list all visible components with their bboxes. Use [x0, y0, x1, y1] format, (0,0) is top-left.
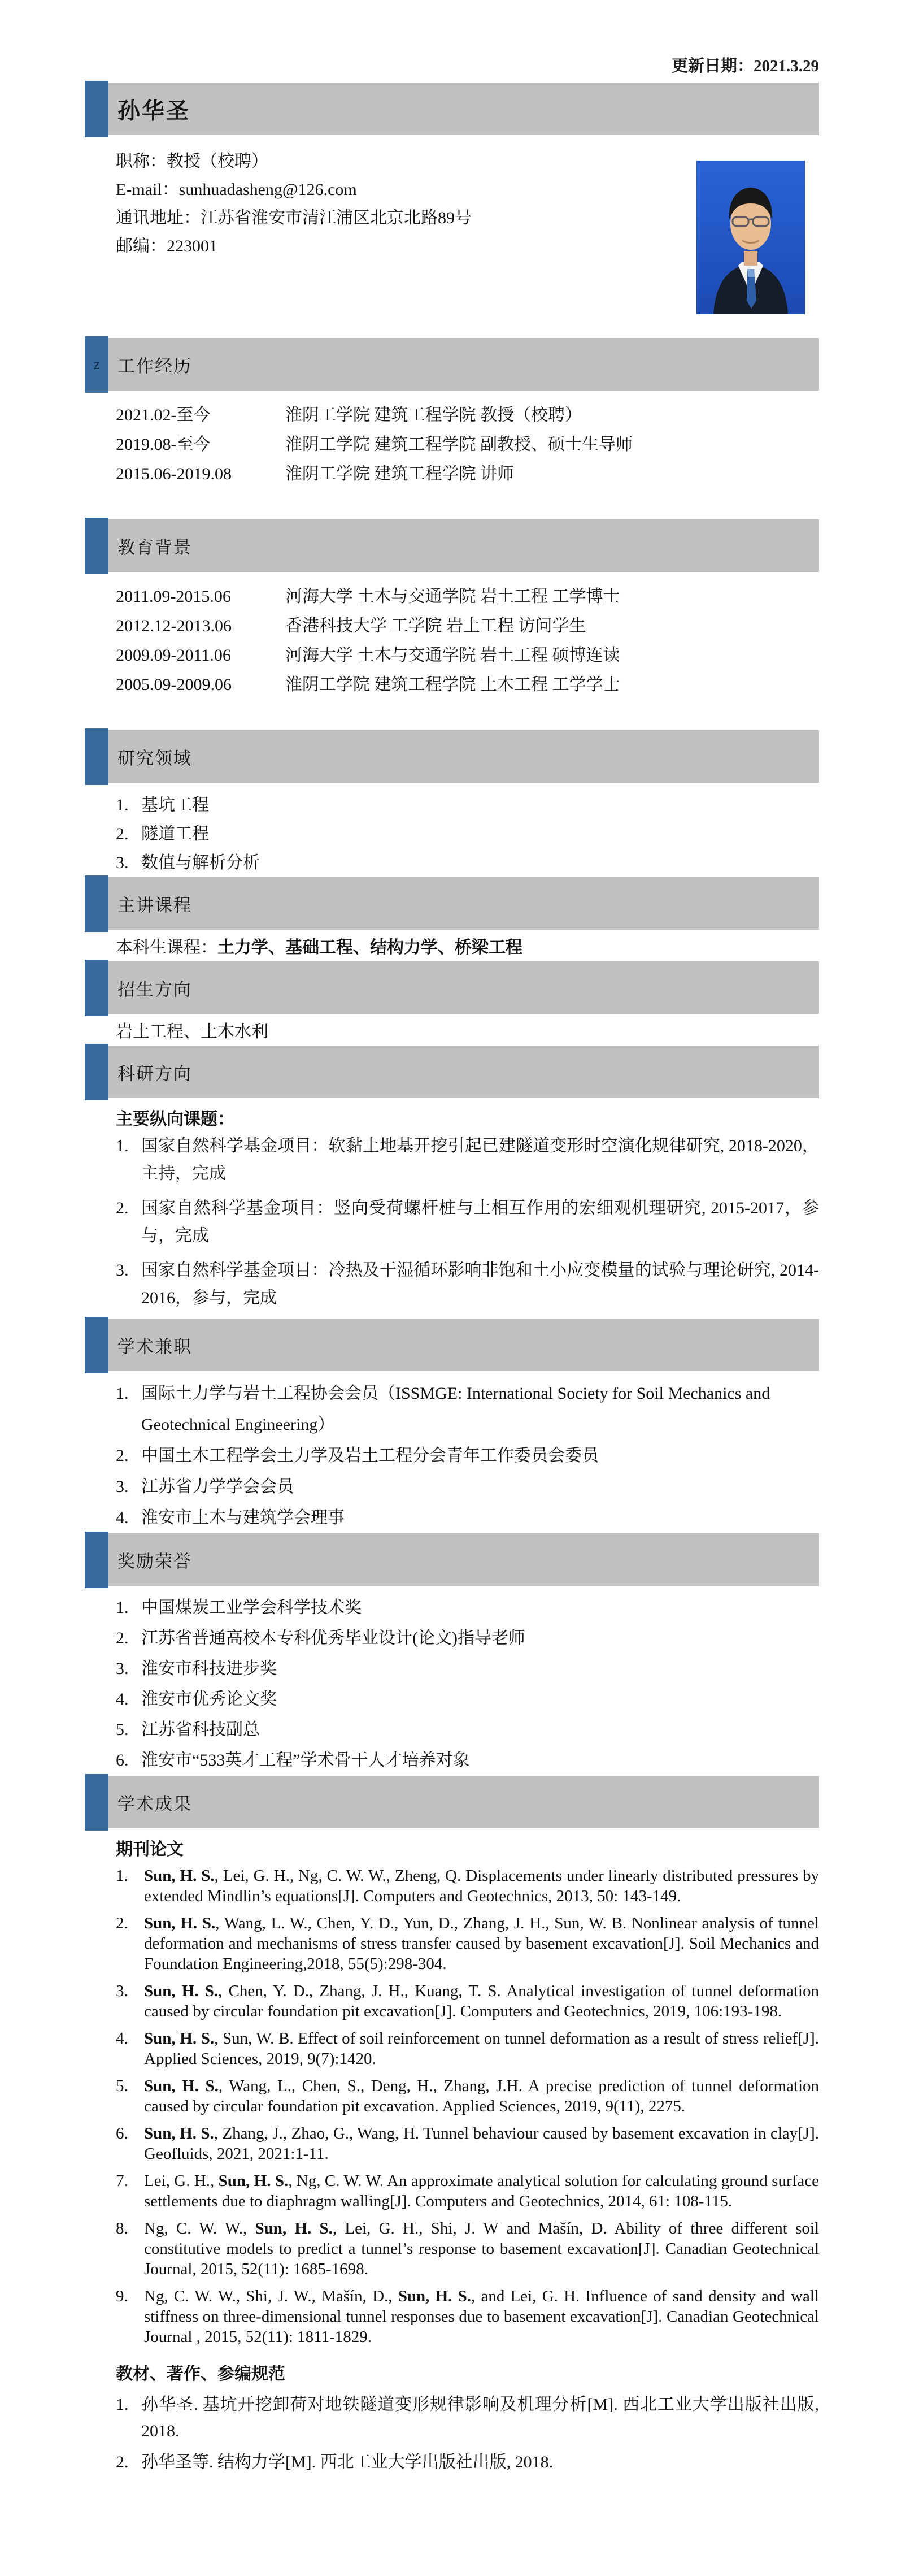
update-date-value: 2021.3.29 [754, 57, 819, 75]
book-text: 孙华圣等. 结构力学[M]. 西北工业大学出版社出版, 2018. [141, 2449, 819, 2475]
item-number: 2. [116, 819, 141, 848]
work-accent-block: z [85, 336, 108, 393]
work-description: 淮阴工学院 建筑工程学院 副教授、硕士生导师 [285, 430, 819, 459]
pub-rest: , Wang, L. W., Chen, Y. D., Yun, D., Zha… [144, 1914, 819, 1973]
item-text: 江苏省力学学会会员 [141, 1471, 819, 1502]
awards-list: 1. 中国煤炭工业学会科学技术奖 2. 江苏省普通高校本专科优秀毕业设计(论文)… [85, 1586, 819, 1776]
item-text: 淮安市优秀论文奖 [141, 1684, 819, 1715]
item-text: 隧道工程 [141, 819, 819, 848]
education-description: 淮阴工学院 建筑工程学院 土木工程 工学学士 [285, 670, 819, 700]
research-areas-section-title: 研究领域 [117, 744, 192, 769]
pub-author-highlight: Sun, H. S. [398, 2287, 471, 2305]
item-text: 国家自然科学基金项目：竖向受荷螺杆桩与土相互作用的宏细观机理研究, 2015-2… [141, 1194, 819, 1250]
item-number: 8. [116, 2218, 144, 2279]
membership-item: 4. 淮安市土木与建筑学会理事 [116, 1502, 819, 1533]
item-text: 中国土木工程学会土力学及岩土工程分会青年工作委员会委员 [141, 1440, 819, 1471]
pub-author-highlight: Sun, H. S. [144, 1867, 215, 1885]
pub-authors-pre: Ng, C. W. W., [144, 2219, 255, 2237]
education-row: 2011.09-2015.06 河海大学 土木与交通学院 岩土工程 工学博士 [116, 582, 819, 612]
item-number: 6. [116, 1745, 141, 1776]
publication-text: Sun, H. S., Zhang, J., Zhao, G., Wang, H… [144, 2123, 819, 2164]
research-projects-accent-block [85, 1044, 108, 1100]
publication-item: 1. Sun, H. S., Lei, G. H., Ng, C. W. W.,… [116, 1866, 819, 1906]
project-item: 1. 国家自然科学基金项目：软黏土地基开挖引起已建隧道变形时空演化规律研究, 2… [116, 1132, 819, 1187]
admissions-accent-block [85, 960, 108, 1016]
item-number: 1. [116, 1378, 141, 1440]
award-item: 4. 淮安市优秀论文奖 [116, 1684, 819, 1715]
projects-heading: 主要纵向课题： [85, 1098, 819, 1132]
education-period: 2012.12-2013.06 [116, 612, 285, 641]
book-item: 2. 孙华圣等. 结构力学[M]. 西北工业大学出版社出版, 2018. [116, 2449, 819, 2475]
section-header-admissions: 招生方向 [85, 961, 819, 1014]
publication-item: 8. Ng, C. W. W., Sun, H. S., Lei, G. H.,… [116, 2218, 819, 2279]
item-number: 2. [116, 1623, 141, 1654]
education-row: 2012.12-2013.06 香港科技大学 工学院 岩土工程 访问学生 [116, 612, 819, 641]
award-item: 5. 江苏省科技副总 [116, 1715, 819, 1745]
award-item: 3. 淮安市科技进步奖 [116, 1654, 819, 1684]
membership-item: 1. 国际土力学与岩土工程协会会员（ISSMGE: International … [116, 1378, 819, 1440]
section-header-education: 教育背景 [85, 519, 819, 572]
publication-item: 7. Lei, G. H., Sun, H. S., Ng, C. W. W. … [116, 2171, 819, 2211]
item-text: 国家自然科学基金项目：冷热及干湿循环影响非饱和土小应变模量的试验与理论研究, 2… [141, 1256, 819, 1312]
item-number: 5. [116, 1715, 141, 1745]
pub-rest: , Lei, G. H., Ng, C. W. W., Zheng, Q. Di… [144, 1867, 819, 1905]
award-item: 6. 淮安市“533英才工程”学术骨干人才培养对象 [116, 1745, 819, 1776]
accent-z-badge: z [93, 356, 100, 373]
section-header-memberships: 学术兼职 [85, 1319, 819, 1371]
pub-author-highlight: Sun, H. S. [219, 2172, 289, 2190]
work-section-title: 工作经历 [117, 352, 192, 377]
book-text: 孙华圣. 基坑开挖卸荷对地铁隧道变形规律影响及机理分析[M]. 西北工业大学出版… [141, 2391, 819, 2444]
item-text: 淮安市科技进步奖 [141, 1654, 819, 1684]
research-area-item: 1. 基坑工程 [116, 791, 819, 819]
pub-author-highlight: Sun, H. S. [255, 2219, 333, 2237]
pub-authors-pre: Lei, G. H., [144, 2172, 219, 2190]
item-number: 2. [116, 1440, 141, 1471]
education-period: 2005.09-2009.06 [116, 670, 285, 700]
publication-item: 6. Sun, H. S., Zhang, J., Zhao, G., Wang… [116, 2123, 819, 2164]
work-history-list: 2021.02-至今 淮阴工学院 建筑工程学院 教授（校聘） 2019.08-至… [85, 391, 819, 489]
pub-author-highlight: Sun, H. S. [144, 2124, 214, 2143]
work-period: 2019.08-至今 [116, 430, 285, 459]
research-areas-accent-block [85, 728, 108, 785]
projects-list: 1. 国家自然科学基金项目：软黏土地基开挖引起已建隧道变形时空演化规律研究, 2… [85, 1132, 819, 1312]
item-number: 3. [116, 1256, 141, 1312]
postcode-value: 223001 [167, 237, 217, 255]
membership-item: 2. 中国土木工程学会土力学及岩土工程分会青年工作委员会委员 [116, 1440, 819, 1471]
book-item: 1. 孙华圣. 基坑开挖卸荷对地铁隧道变形规律影响及机理分析[M]. 西北工业大… [116, 2391, 819, 2444]
portrait-silhouette-graphic [696, 161, 805, 314]
item-number: 5. [116, 2076, 144, 2117]
admissions-section-title: 招生方向 [117, 975, 192, 1000]
item-number: 3. [116, 1654, 141, 1684]
item-number: 7. [116, 2171, 144, 2211]
publication-item: 3. Sun, H. S., Chen, Y. D., Zhang, J. H.… [116, 1981, 819, 2022]
item-number: 4. [116, 1684, 141, 1715]
publication-item: 4. Sun, H. S., Sun, W. B. Effect of soil… [116, 2028, 819, 2069]
item-number: 1. [116, 2391, 141, 2444]
education-list: 2011.09-2015.06 河海大学 土木与交通学院 岩土工程 工学博士 2… [85, 572, 819, 700]
memberships-list: 1. 国际土力学与岩土工程协会会员（ISSMGE: International … [85, 1371, 819, 1533]
item-text: 江苏省普通高校本专科优秀毕业设计(论文)指导老师 [141, 1623, 819, 1654]
pub-author-highlight: Sun, H. S. [144, 1982, 218, 2000]
item-number: 2. [116, 1194, 141, 1250]
work-period: 2015.06-2019.08 [116, 459, 285, 489]
work-history-row: 2021.02-至今 淮阴工学院 建筑工程学院 教授（校聘） [116, 401, 819, 430]
awards-section-title: 奖励荣誉 [117, 1547, 192, 1572]
email-value: sunhuadasheng@126.com [179, 180, 357, 199]
pub-rest: , Sun, W. B. Effect of soil reinforcemen… [144, 2029, 819, 2068]
item-number: 6. [116, 2123, 144, 2164]
publication-text: Sun, H. S., Wang, L. W., Chen, Y. D., Yu… [144, 1913, 819, 1974]
item-number: 4. [116, 2028, 144, 2069]
work-history-row: 2019.08-至今 淮阴工学院 建筑工程学院 副教授、硕士生导师 [116, 430, 819, 459]
publication-text: Ng, C. W. W., Sun, H. S., Lei, G. H., Sh… [144, 2218, 819, 2279]
education-description: 河海大学 土木与交通学院 岩土工程 硕博连读 [285, 641, 819, 670]
work-description: 淮阴工学院 建筑工程学院 讲师 [285, 459, 819, 489]
item-text: 中国煤炭工业学会科学技术奖 [141, 1593, 819, 1623]
title-label: 职称： [116, 152, 167, 171]
education-row: 2005.09-2009.06 淮阴工学院 建筑工程学院 土木工程 工学学士 [116, 670, 819, 700]
courses-list: 土力学、基础工程、结构力学、桥梁工程 [217, 938, 522, 957]
section-header-awards: 奖励荣誉 [85, 1533, 819, 1586]
cv-page: 更新日期：2021.3.29 孙华圣 职称：教授（校聘） E-mail：sunh… [0, 0, 897, 2576]
membership-item: 3. 江苏省力学学会会员 [116, 1471, 819, 1502]
address-label: 通讯地址： [116, 209, 201, 227]
item-text: 基坑工程 [141, 791, 819, 819]
name-header-bar: 孙华圣 [85, 83, 819, 135]
courses-line: 本科生课程：土力学、基础工程、结构力学、桥梁工程 [85, 930, 819, 961]
pub-rest: , Chen, Y. D., Zhang, J. H., Kuang, T. S… [144, 1982, 819, 2020]
section-header-research-areas: 研究领域 [85, 730, 819, 783]
work-period: 2021.02-至今 [116, 401, 285, 430]
admissions-line: 岩土工程、土木水利 [85, 1014, 819, 1046]
award-item: 1. 中国煤炭工业学会科学技术奖 [116, 1593, 819, 1623]
pub-author-highlight: Sun, H. S. [144, 1914, 215, 1932]
education-period: 2009.09-2011.06 [116, 641, 285, 670]
publication-item: 5. Sun, H. S., Wang, L., Chen, S., Deng,… [116, 2076, 819, 2117]
education-description: 河海大学 土木与交通学院 岩土工程 工学博士 [285, 582, 819, 612]
achievements-accent-block [85, 1774, 108, 1831]
item-number: 3. [116, 1471, 141, 1502]
item-number: 3. [116, 1981, 144, 2022]
item-number: 2. [116, 1913, 144, 1974]
publication-text: Ng, C. W. W., Shi, J. W., Mašín, D., Sun… [144, 2286, 819, 2347]
item-number: 1. [116, 1866, 144, 1906]
awards-accent-block [85, 1532, 108, 1588]
research-area-item: 3. 数值与解析分析 [116, 848, 819, 877]
email-label: E-mail： [116, 180, 179, 199]
update-date-label: 更新日期： [672, 57, 754, 75]
item-number: 1. [116, 1132, 141, 1187]
work-description: 淮阴工学院 建筑工程学院 教授（校聘） [285, 401, 819, 430]
item-number: 4. [116, 1502, 141, 1533]
education-description: 香港科技大学 工学院 岩土工程 访问学生 [285, 612, 819, 641]
research-projects-section-title: 科研方向 [117, 1059, 192, 1085]
publications-list: 1. Sun, H. S., Lei, G. H., Ng, C. W. W.,… [85, 1862, 819, 2347]
section-header-research-projects: 科研方向 [85, 1046, 819, 1098]
section-header-work: z 工作经历 [85, 338, 819, 391]
research-area-item: 2. 隧道工程 [116, 819, 819, 848]
education-accent-block [85, 518, 108, 574]
profile-photo [696, 161, 805, 314]
courses-prefix: 本科生课程： [116, 938, 217, 957]
research-areas-list: 1. 基坑工程 2. 隧道工程 3. 数值与解析分析 [85, 783, 819, 877]
publication-text: Sun, H. S., Chen, Y. D., Zhang, J. H., K… [144, 1981, 819, 2022]
publication-item: 9. Ng, C. W. W., Shi, J. W., Mašín, D., … [116, 2286, 819, 2347]
item-text: 数值与解析分析 [141, 848, 819, 877]
award-item: 2. 江苏省普通高校本专科优秀毕业设计(论文)指导老师 [116, 1623, 819, 1654]
publication-text: Sun, H. S., Sun, W. B. Effect of soil re… [144, 2028, 819, 2069]
courses-section-title: 主讲课程 [117, 891, 192, 916]
section-header-courses: 主讲课程 [85, 877, 819, 930]
postcode-label: 邮编： [116, 237, 167, 255]
update-date-line: 更新日期：2021.3.29 [85, 0, 819, 75]
education-period: 2011.09-2015.06 [116, 582, 285, 612]
item-text: 国家自然科学基金项目：软黏土地基开挖引起已建隧道变形时空演化规律研究, 2018… [141, 1132, 819, 1187]
work-history-row: 2015.06-2019.08 淮阴工学院 建筑工程学院 讲师 [116, 459, 819, 489]
pub-author-highlight: Sun, H. S. [144, 2077, 219, 2095]
pub-rest: , Zhang, J., Zhao, G., Wang, H. Tunnel b… [144, 2124, 819, 2163]
publication-item: 2. Sun, H. S., Wang, L. W., Chen, Y. D.,… [116, 1913, 819, 1974]
item-text: 淮安市土木与建筑学会理事 [141, 1502, 819, 1533]
item-text: 江苏省科技副总 [141, 1715, 819, 1745]
project-item: 2. 国家自然科学基金项目：竖向受荷螺杆桩与土相互作用的宏细观机理研究, 201… [116, 1194, 819, 1250]
pub-rest: , Wang, L., Chen, S., Deng, H., Zhang, J… [144, 2077, 819, 2115]
item-number: 1. [116, 791, 141, 819]
profile-section: 职称：教授（校聘） E-mail：sunhuadasheng@126.com 通… [85, 135, 819, 261]
item-number: 9. [116, 2286, 144, 2347]
item-number: 2. [116, 2449, 141, 2475]
address-value: 江苏省淮安市清江浦区北京北路89号 [201, 209, 472, 227]
education-section-title: 教育背景 [117, 533, 192, 558]
pub-author-highlight: Sun, H. S. [144, 2029, 214, 2048]
item-number: 1. [116, 1593, 141, 1623]
name-accent-block [85, 81, 108, 137]
item-number: 3. [116, 848, 141, 877]
education-row: 2009.09-2011.06 河海大学 土木与交通学院 岩土工程 硕博连读 [116, 641, 819, 670]
publication-text: Sun, H. S., Wang, L., Chen, S., Deng, H.… [144, 2076, 819, 2117]
books-list: 1. 孙华圣. 基坑开挖卸荷对地铁隧道变形规律影响及机理分析[M]. 西北工业大… [85, 2387, 819, 2475]
books-heading: 教材、著作、参编规范 [85, 2354, 819, 2387]
pub-authors-pre: Ng, C. W. W., Shi, J. W., Mašín, D., [144, 2287, 398, 2305]
item-text: 淮安市“533英才工程”学术骨干人才培养对象 [141, 1745, 819, 1776]
title-value: 教授（校聘） [167, 152, 268, 171]
achievements-section-title: 学术成果 [117, 1789, 192, 1815]
memberships-section-title: 学术兼职 [117, 1332, 192, 1358]
publication-text: Lei, G. H., Sun, H. S., Ng, C. W. W. An … [144, 2171, 819, 2211]
project-item: 3. 国家自然科学基金项目：冷热及干湿循环影响非饱和土小应变模量的试验与理论研究… [116, 1256, 819, 1312]
journal-papers-heading: 期刊论文 [85, 1828, 819, 1862]
item-text: 国际土力学与岩土工程协会会员（ISSMGE: International Soc… [141, 1378, 819, 1440]
publication-text: Sun, H. S., Lei, G. H., Ng, C. W. W., Zh… [144, 1866, 819, 1906]
person-name: 孙华圣 [117, 93, 190, 125]
memberships-accent-block [85, 1317, 108, 1373]
courses-accent-block [85, 875, 108, 932]
section-header-achievements: 学术成果 [85, 1776, 819, 1828]
